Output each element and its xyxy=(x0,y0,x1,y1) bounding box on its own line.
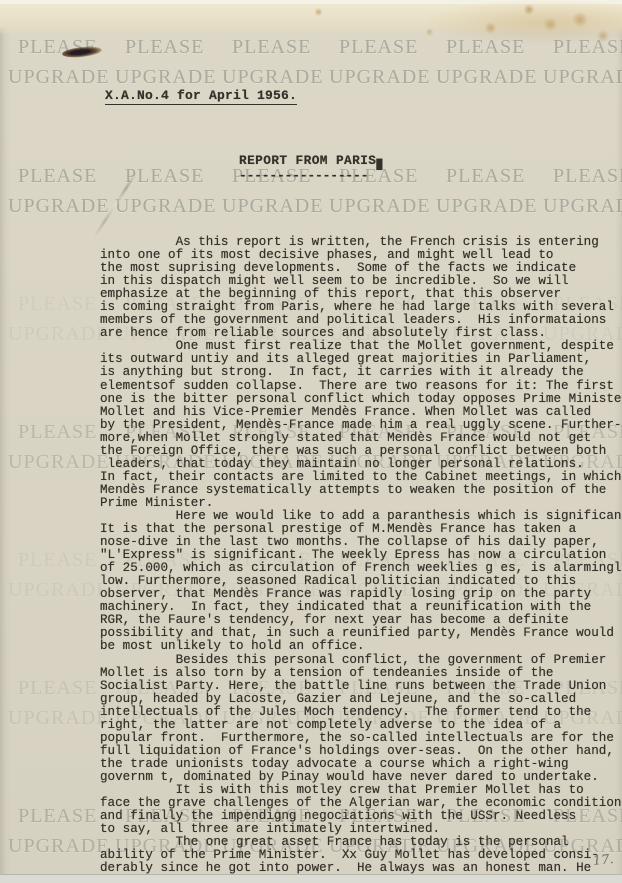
watermark-text: UPGRADE xyxy=(436,195,537,218)
text-line: full liquidation of France's holdings ov… xyxy=(100,745,622,758)
watermark-text: PLEASE xyxy=(18,293,97,316)
watermark-text: UPGRADE xyxy=(8,451,109,474)
text-line: intellectuals of the Jules Moch tendency… xyxy=(100,706,622,719)
text-line: Mollet and his Vice-Premier Mendès Franc… xyxy=(100,406,622,419)
text-line: In fact, their contacts are limited to t… xyxy=(100,471,622,484)
text-line: is anything but strong. In fact, it carr… xyxy=(100,366,622,379)
page-title: REPORT FROM PARIS xyxy=(239,153,376,168)
scanned-document-page: PLEASEUPGRADEPLEASEUPGRADEPLEASEUPGRADEP… xyxy=(0,0,622,883)
text-line: by the President, Mendès-France made him… xyxy=(100,419,622,432)
overstrike-blob-icon: █ xyxy=(376,160,382,171)
watermark-text: PLEASE xyxy=(18,165,97,188)
watermark-text: UPGRADE xyxy=(8,579,109,602)
title-underline: ----------------- xyxy=(239,168,382,183)
text-line: right, the latter are not completely adv… xyxy=(100,719,622,732)
watermark-text: UPGRADE xyxy=(543,195,622,218)
watermark-text: UPGRADE xyxy=(222,66,323,89)
handwritten-page-number: 17. xyxy=(592,852,614,869)
watermark-text: UPGRADE xyxy=(8,323,109,346)
text-line: one is the bitter personal conflict whic… xyxy=(100,393,622,406)
document-title-block: REPORT FROM PARIS█ ----------------- xyxy=(239,151,382,183)
watermark-text: PLEASE xyxy=(18,677,97,700)
watermark-band: PLEASEUPGRADEPLEASEUPGRADEPLEASEUPGRADEP… xyxy=(0,36,622,96)
watermark-text: PLEASE xyxy=(446,165,525,188)
text-line: the Foreign Office, there was such a per… xyxy=(100,445,622,458)
text-line: popular front. Furthermore, the so-calle… xyxy=(100,732,622,745)
watermark-text: UPGRADE xyxy=(8,195,109,218)
watermark-text: PLEASE xyxy=(18,421,97,444)
watermark-text: PLEASE xyxy=(125,36,204,59)
watermark-text: PLEASE xyxy=(18,549,97,572)
document-reference: X.A.No.4 for April 1956. xyxy=(105,88,297,105)
watermark-text: PLEASE xyxy=(18,805,97,828)
watermark-text: UPGRADE xyxy=(329,66,430,89)
watermark-text: UPGRADE xyxy=(115,195,216,218)
watermark-text: PLEASE xyxy=(553,36,622,59)
watermark-text: PLEASE xyxy=(446,36,525,59)
text-line: Besides this personal conflict, the gove… xyxy=(100,654,622,667)
text-line: group, headed by Lacoste, Gazier and Lej… xyxy=(100,693,622,706)
text-line: more,when Mollet strongly stated that Me… xyxy=(100,432,622,445)
watermark-text: UPGRADE xyxy=(8,66,109,89)
watermark-text: UPGRADE xyxy=(436,66,537,89)
text-line: Socialist Party. Here, the battle line r… xyxy=(100,680,622,693)
text-line: leaders, that today they maintain no lon… xyxy=(100,458,622,471)
text-line: elementsof sudden collapse. There are tw… xyxy=(100,380,622,393)
text-line: Mendès France systematically attempts to… xyxy=(100,484,622,497)
watermark-text: PLEASE xyxy=(125,165,204,188)
watermark-text: UPGRADE xyxy=(115,66,216,89)
document-body: As this report is written, the French cr… xyxy=(100,236,622,875)
watermark-text: PLEASE xyxy=(553,165,622,188)
watermark-text: UPGRADE xyxy=(543,66,622,89)
watermark-text: PLEASE xyxy=(232,36,311,59)
watermark-text: UPGRADE xyxy=(8,707,109,730)
text-line: be most unlikely to hold an office. xyxy=(100,640,622,653)
text-line: governm t, dominated by Pinay would have… xyxy=(100,771,622,784)
watermark-text: UPGRADE xyxy=(222,195,323,218)
watermark-text: PLEASE xyxy=(339,36,418,59)
text-line: the trade unionists today advocate a cou… xyxy=(100,758,622,771)
watermark-text: UPGRADE xyxy=(329,195,430,218)
text-line: Mollet is also torn by a tension of tend… xyxy=(100,667,622,680)
watermark-text: UPGRADE xyxy=(8,835,109,858)
text-line: derably since he got into power. He alwa… xyxy=(100,862,622,875)
